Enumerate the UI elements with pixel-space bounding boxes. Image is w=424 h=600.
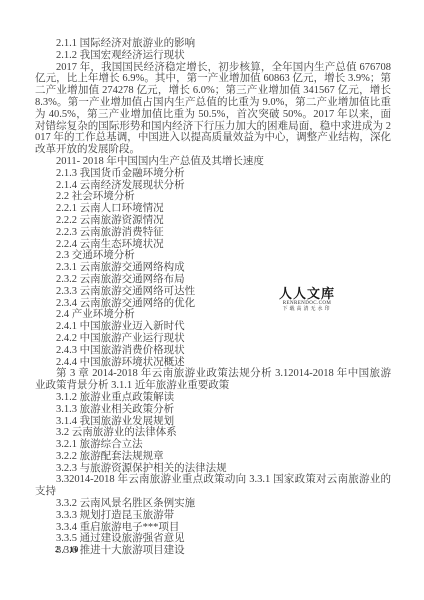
document-page: 2.1.1 国际经济对旅游业的影响2.1.2 我国宏观经济运行现状2017 年，… bbox=[0, 0, 424, 600]
toc-line: 3.2.2 旅游配套法规规章 bbox=[35, 451, 391, 463]
toc-line: 2.2 社会环境分析 bbox=[35, 191, 391, 203]
toc-line: 3.3.2 云南风景名胜区条例实施 bbox=[35, 498, 391, 510]
toc-line: 3.2.1 旅游综合立法 bbox=[35, 439, 391, 451]
toc-line: 3.3.4 重启旅游电子***项目 bbox=[35, 522, 391, 534]
toc-line: 2.4.1 中国旅游业迈入新时代 bbox=[35, 321, 391, 333]
toc-line: 2.3.2 云南旅游交通网络布局 bbox=[35, 274, 391, 286]
toc-line: 3.2.3 与旅游资源保护相关的法律法规 bbox=[35, 463, 391, 475]
toc-line: 2011- 2018 年中国国内生产总值及其增长速度 bbox=[35, 156, 391, 168]
watermark: 人人文库 RENRENDOC.COM 下载高清无水印 bbox=[276, 287, 338, 313]
toc-line: 2.1.4 云南经济发展现状分析 bbox=[35, 180, 391, 192]
toc-line: 2.2.3 云南旅游消费特征 bbox=[35, 227, 391, 239]
chapter-heading: 第 3 章 2014-2018 年云南旅游业政策法规分析 3.12014-201… bbox=[35, 368, 391, 392]
toc-line: 3.1.4 我国旅游业发展规划 bbox=[35, 416, 391, 428]
toc-line: 2.4.4 中国旅游环境状况概述 bbox=[35, 357, 391, 369]
toc-line: 2.2.1 云南人口环境情况 bbox=[35, 203, 391, 215]
watermark-logo-text: 人人文库 bbox=[276, 287, 338, 300]
toc-line: 3.3.3 规划打造昆玉旅游带 bbox=[35, 510, 391, 522]
toc-line: 2.2.4 云南生态环境状况 bbox=[35, 239, 391, 251]
paragraph: 2017 年，我国国民经济稳定增长，初步核算，全年国内生产总值 676708 亿… bbox=[35, 62, 391, 156]
page-number: 2 / 10 bbox=[55, 545, 79, 554]
toc-line: 2.4.2 中国旅游产业运行现状 bbox=[35, 333, 391, 345]
toc-line: 3.3.6 推进十大旅游项目建设 bbox=[35, 545, 391, 557]
toc-line: 3.3.5 通过建设旅游强省意见 bbox=[35, 533, 391, 545]
toc-line: 3.1.3 旅游业相关政策分析 bbox=[35, 404, 391, 416]
toc-line: 2.1.1 国际经济对旅游业的影响 bbox=[35, 38, 391, 50]
toc-line: 2.3.1 云南旅游交通网络构成 bbox=[35, 262, 391, 274]
toc-line: 3.2 云南旅游业的法律体系 bbox=[35, 427, 391, 439]
toc-line: 2.1.3 我国货币金融环境分析 bbox=[35, 168, 391, 180]
chapter-heading: 3.32014-2018 年云南旅游业重点政策动向 3.3.1 国家政策对云南旅… bbox=[35, 474, 391, 498]
toc-line: 2.1.2 我国宏观经济运行现状 bbox=[35, 50, 391, 62]
toc-line: 2.3 交通环境分析 bbox=[35, 250, 391, 262]
watermark-slogan: 下载高清无水印 bbox=[276, 307, 338, 313]
toc-line: 3.1.2 旅游业重点政策解读 bbox=[35, 392, 391, 404]
toc-line: 2.2.2 云南旅游资源情况 bbox=[35, 215, 391, 227]
toc-line: 2.4.3 中国旅游消费价格现状 bbox=[35, 345, 391, 357]
